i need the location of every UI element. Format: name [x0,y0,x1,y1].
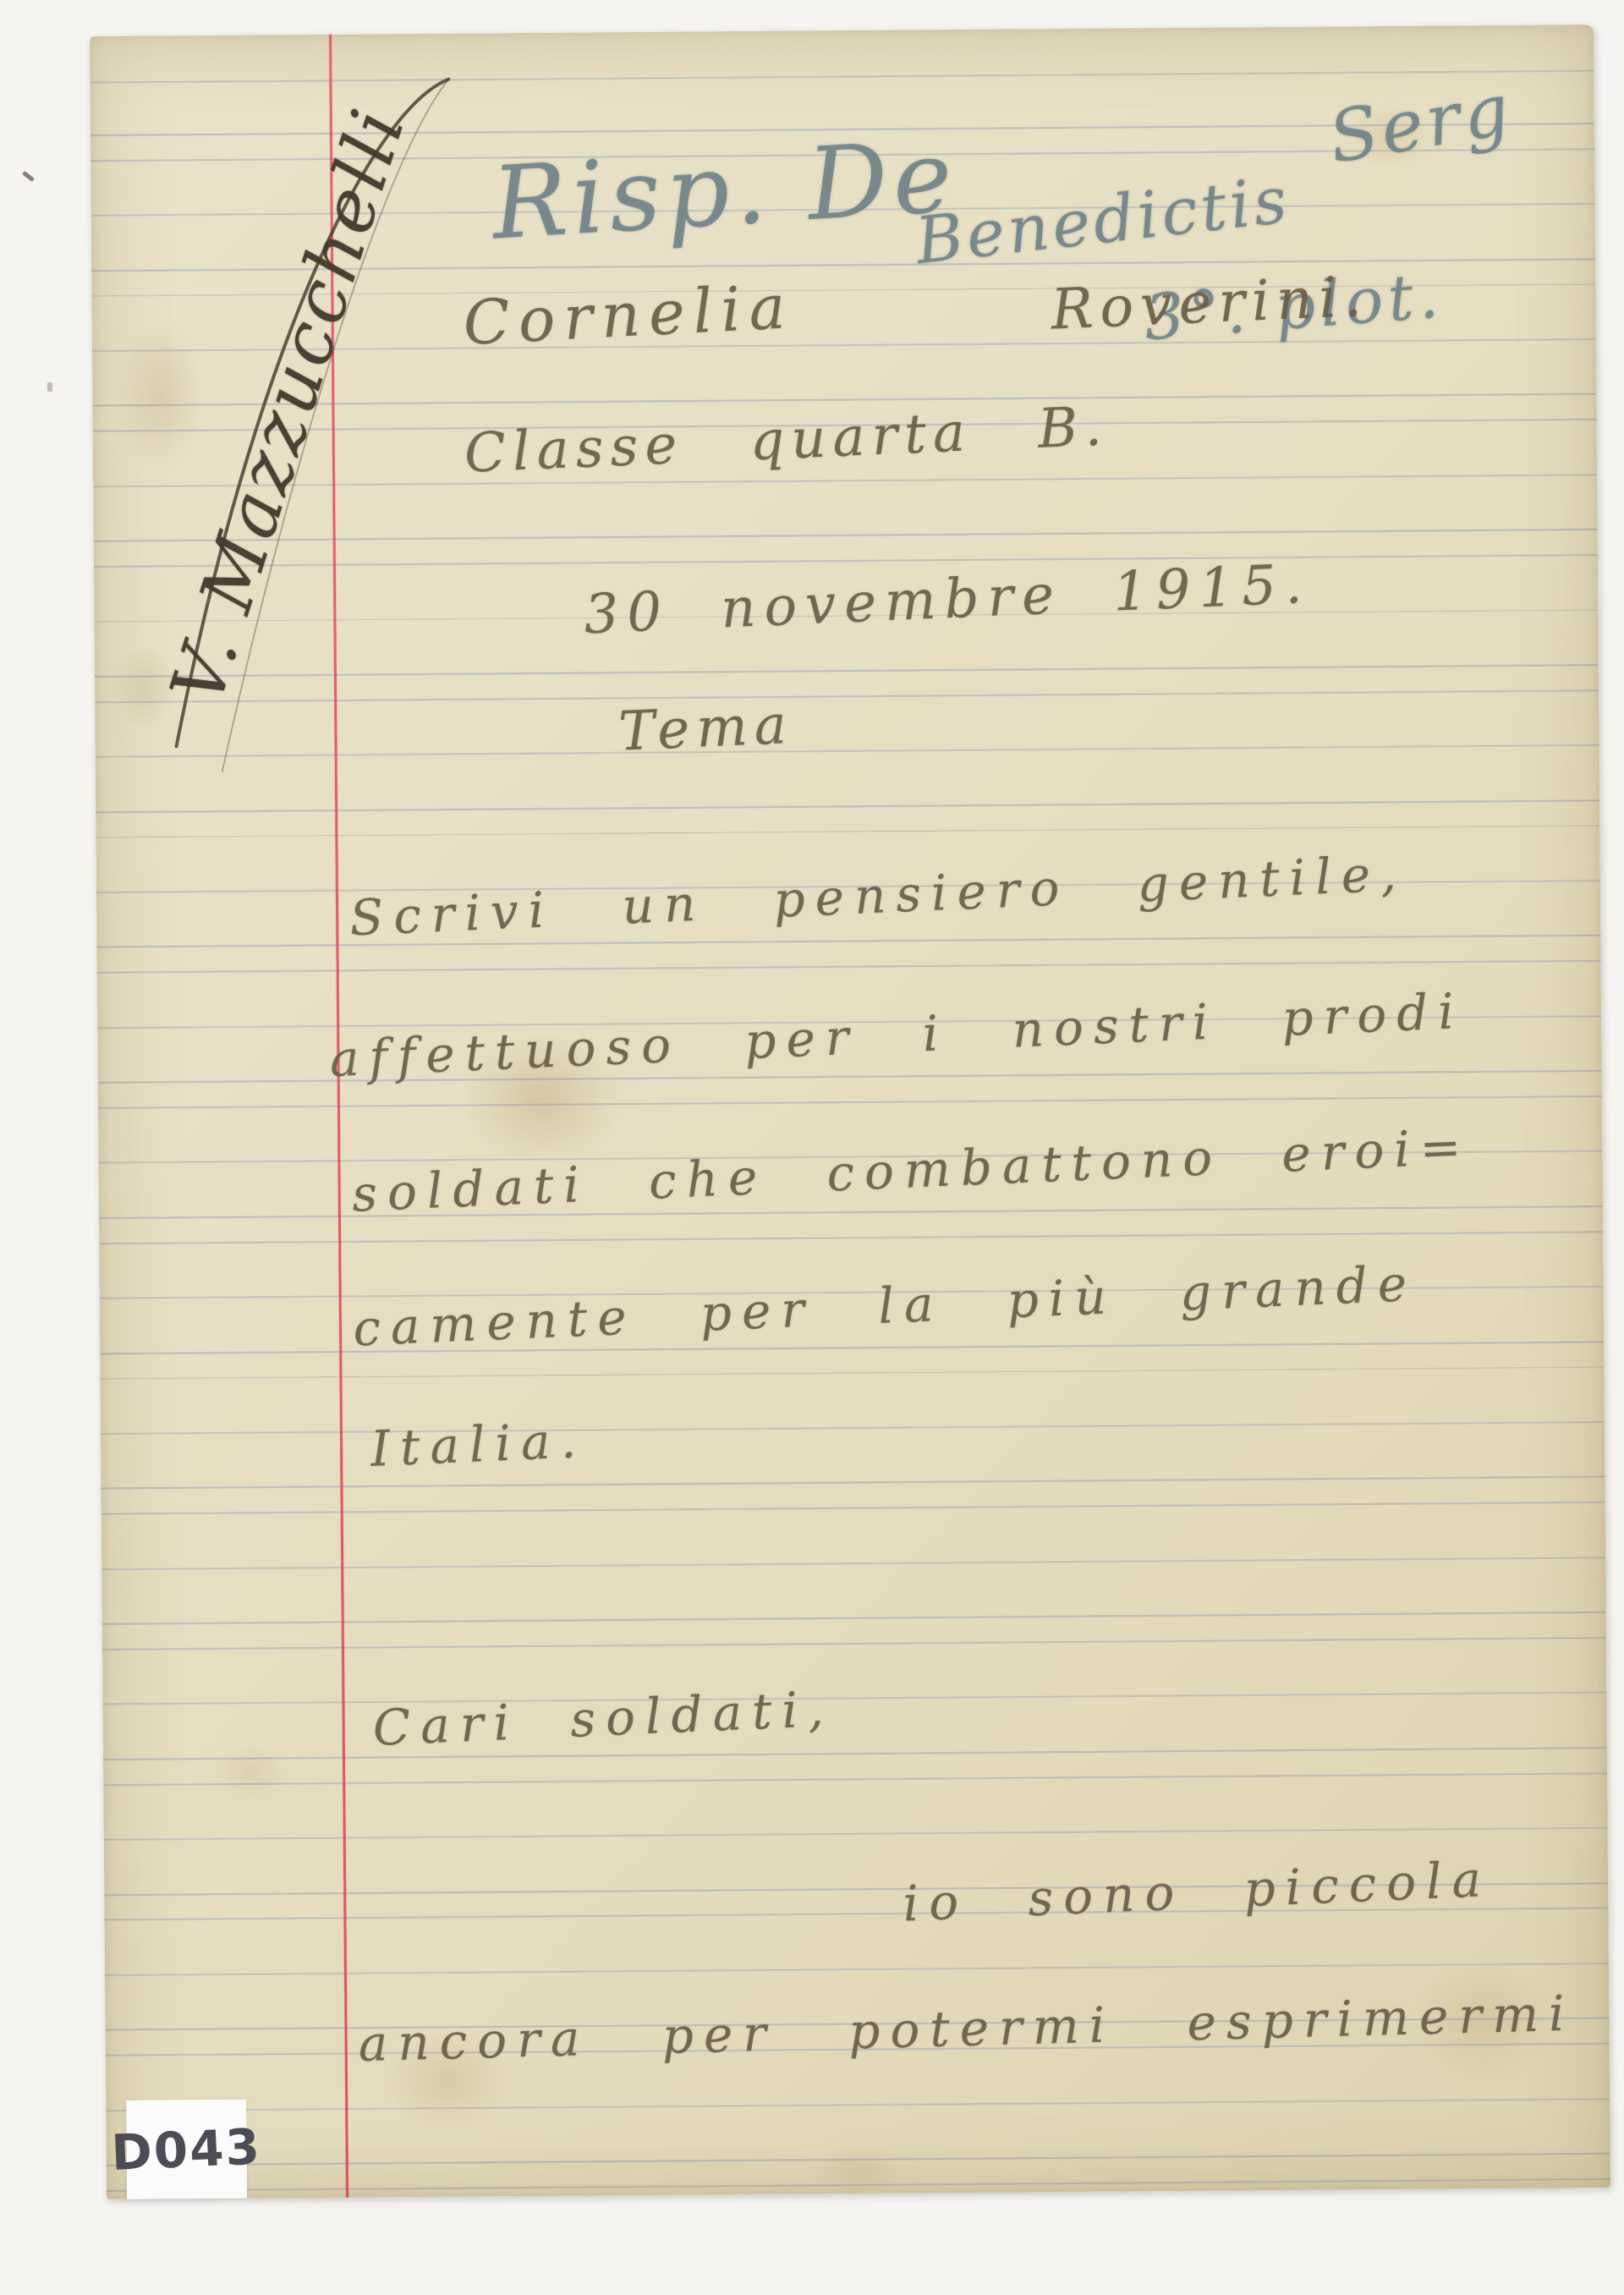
scanned-document-photo: V. Mazzucchelli Risp. De Benedictis Serg… [0,0,1624,2295]
prompt-line-1: Scrivi un pensiero gentile, [348,844,1407,947]
notebook-page: V. Mazzucchelli Risp. De Benedictis Serg… [90,25,1610,2199]
paper-stain [114,315,208,476]
student-last-name: Roverini. [1050,264,1369,343]
prompt-line-2: affettuoso per i nostri prodi [328,982,1465,1088]
letter-salutation: Cari soldati, [371,1680,834,1757]
date-line: 30 novembre 1915. [583,553,1312,647]
prompt-line-3: soldati che combattono eroi= [351,1117,1473,1223]
teacher-signature: V. Mazzucchelli [155,236,378,713]
paper-stain [213,1743,290,1804]
teacher-response-part1: Risp. De [489,118,960,262]
paper-stain [817,2145,902,2197]
essay-title: Tema [617,694,794,764]
student-first-name: Cornelia [462,271,796,359]
archive-label-sticker: D043 [126,2100,247,2199]
prompt-line-5: Italia. [370,1411,588,1478]
teacher-response-part2: Benedictis [912,162,1293,278]
class-line: Classe quarta B. [464,395,1110,486]
photo-speck [22,171,35,182]
letter-line-2: ancora per potermi esprimermi [358,1985,1575,2073]
archive-label-text: D043 [111,2117,263,2182]
letter-line-1: io sono piccola [902,1850,1492,1933]
photo-speck [47,382,52,392]
prompt-line-4: camente per la più grande [352,1255,1418,1358]
teacher-response-part3: Serg [1323,68,1517,179]
